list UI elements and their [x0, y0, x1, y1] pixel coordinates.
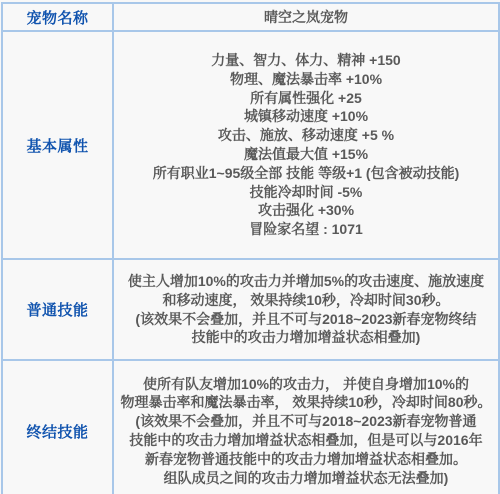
text-line: 物理、魔法暴击率 +10%	[230, 70, 382, 89]
row-basic-attributes: 基本属性 力量、智力、体力、精神 +150物理、魔法暴击率 +10%所有属性强化…	[3, 32, 498, 260]
final-skill-label: 终结技能	[3, 361, 114, 494]
text-line: 城镇移动速度 +10%	[244, 107, 368, 126]
text-line: 组队成员之间的攻击力增加增益状态无法叠加)	[164, 469, 449, 488]
text-line: 所有职业1~95级全部 技能 等级+1 (包含被动技能)	[153, 164, 460, 183]
text-line: (该效果不会叠加，并且不可与2018~2023新春宠物终结	[135, 310, 476, 329]
text-line: 使所有队友增加10%的攻击力， 并使自身增加10%的	[143, 375, 469, 394]
text-line: 使主人增加10%的攻击力并增加5%的攻击速度、施放速度	[128, 272, 484, 291]
text-line: 物理暴击率和魔法暴击率， 效果持续10秒，冷却时间80秒。	[120, 393, 491, 412]
final-skill-content: 使所有队友增加10%的攻击力， 并使自身增加10%的物理暴击率和魔法暴击率， 效…	[114, 361, 498, 494]
pet-name-value: 晴空之岚宠物	[114, 4, 498, 30]
text-line: (该效果不会叠加，并且不可与2018~2023新春宠物普通	[135, 412, 476, 431]
normal-skill-label: 普通技能	[3, 260, 114, 359]
text-line: 和移动速度， 效果持续10秒，冷却时间30秒。	[162, 291, 449, 310]
text-line: 攻击、施放、移动速度 +5 %	[218, 126, 394, 145]
row-normal-skill: 普通技能 使主人增加10%的攻击力并增加5%的攻击速度、施放速度和移动速度， 效…	[3, 260, 498, 361]
text-line: 力量、智力、体力、精神 +150	[211, 51, 400, 70]
text-line: 技能中的攻击力增加增益状态相叠加)	[192, 328, 421, 347]
pet-name-label: 宠物名称	[3, 4, 114, 30]
text-line: 晴空之岚宠物	[264, 8, 348, 27]
text-line: 攻击强化 +30%	[258, 201, 354, 220]
row-final-skill: 终结技能 使所有队友增加10%的攻击力， 并使自身增加10%的物理暴击率和魔法暴…	[3, 361, 498, 494]
basic-attributes-content: 力量、智力、体力、精神 +150物理、魔法暴击率 +10%所有属性强化 +25城…	[114, 32, 498, 258]
row-pet-name: 宠物名称 晴空之岚宠物	[3, 4, 498, 32]
text-line: 技能冷却时间 -5%	[250, 183, 363, 202]
text-line: 冒险家名望 : 1071	[249, 220, 363, 239]
text-line: 技能中的攻击力增加增益状态相叠加，但是可以与2016年	[129, 431, 482, 450]
text-line: 新春宠物普通技能中的攻击力增加增益状态相叠加。	[145, 450, 467, 469]
pet-info-table: 宠物名称 晴空之岚宠物 基本属性 力量、智力、体力、精神 +150物理、魔法暴击…	[1, 2, 500, 494]
basic-attributes-label: 基本属性	[3, 32, 114, 258]
text-line: 所有属性强化 +25	[250, 89, 362, 108]
text-line: 魔法值最大值 +15%	[244, 145, 368, 164]
normal-skill-content: 使主人增加10%的攻击力并增加5%的攻击速度、施放速度和移动速度， 效果持续10…	[114, 260, 498, 359]
